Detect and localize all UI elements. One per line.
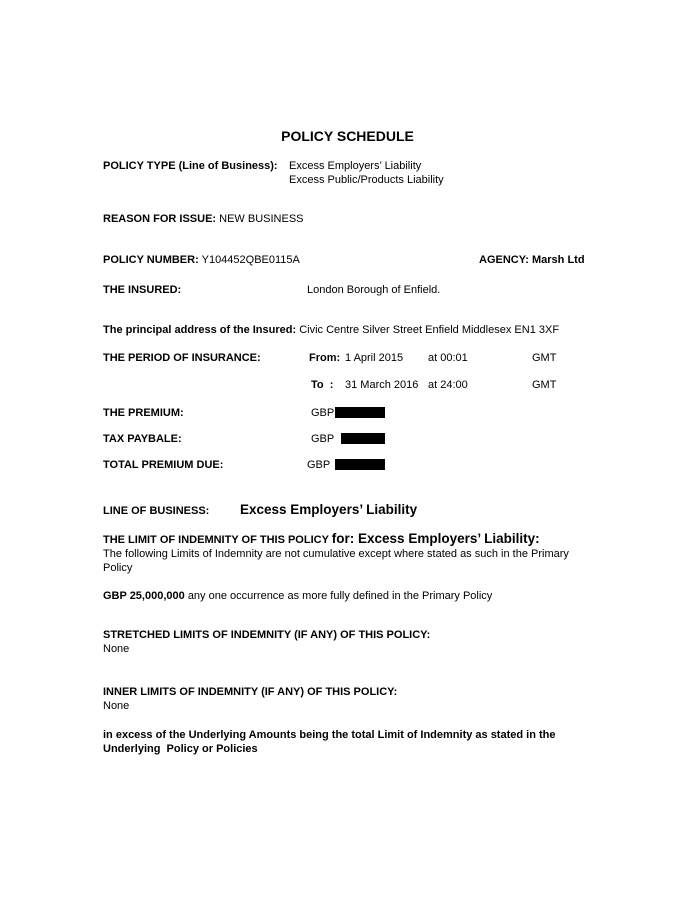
- period-from-time: at 00:01: [428, 352, 468, 364]
- tax-label: TAX PAYBALE:: [103, 433, 182, 445]
- tax-currency: GBP: [311, 433, 334, 445]
- tax-value: GBP: [311, 433, 385, 445]
- principal-address-value: Civic Centre Silver Street Enfield Middl…: [299, 324, 559, 336]
- agency: AGENCY: Marsh Ltd: [479, 254, 585, 266]
- period-label: THE PERIOD OF INSURANCE:: [103, 352, 261, 364]
- tax-redaction: [341, 433, 385, 444]
- total-redaction: [335, 459, 385, 470]
- period-to-label: To :: [311, 379, 333, 391]
- policy-type-label: POLICY TYPE (Line of Business):: [103, 160, 278, 172]
- reason-value: NEW BUSINESS: [219, 213, 303, 225]
- limit-amount-text: any one occurrence as more fully defined…: [188, 590, 492, 602]
- agency-label: AGENCY:: [479, 254, 529, 266]
- principal-address: The principal address of the Insured: Ci…: [103, 324, 559, 336]
- period-from-label: From:: [309, 352, 340, 364]
- insured-label: THE INSURED:: [103, 284, 181, 296]
- line-of-business-value: Excess Employers’ Liability: [240, 502, 417, 517]
- premium-label: THE PREMIUM:: [103, 407, 184, 419]
- limit-note: The following Limits of Indemnity are no…: [103, 547, 593, 575]
- limit-heading-part2: for: Excess Employers’ Liability:: [332, 531, 540, 546]
- period-to-date: 31 March 2016: [345, 379, 418, 391]
- limit-amount: GBP 25,000,000: [103, 590, 185, 602]
- stretched-heading: STRETCHED LIMITS OF INDEMNITY (IF ANY) O…: [103, 629, 430, 641]
- agency-value: Marsh Ltd: [532, 254, 585, 266]
- total-currency: GBP: [307, 459, 330, 471]
- period-to-time: at 24:00: [428, 379, 468, 391]
- limit-heading: THE LIMIT OF INDEMNITY OF THIS POLICY fo…: [103, 531, 540, 546]
- reason-label: REASON FOR ISSUE:: [103, 213, 216, 225]
- premium-value: GBP: [311, 407, 385, 419]
- limit-amount-line: GBP 25,000,000 any one occurrence as mor…: [103, 590, 492, 602]
- insured-value: London Borough of Enfield.: [307, 284, 440, 296]
- reason-for-issue: REASON FOR ISSUE: NEW BUSINESS: [103, 213, 304, 225]
- excess-statement: in excess of the Underlying Amounts bein…: [103, 728, 583, 756]
- period-from-date: 1 April 2015: [345, 352, 403, 364]
- inner-heading: INNER LIMITS OF INDEMNITY (IF ANY) OF TH…: [103, 686, 397, 698]
- policy-number-value: Y104452QBE0115A: [202, 254, 300, 266]
- policy-number-label: POLICY NUMBER:: [103, 254, 199, 266]
- document-title: POLICY SCHEDULE: [0, 128, 695, 144]
- premium-redaction: [335, 407, 385, 418]
- period-from-tz: GMT: [532, 352, 556, 364]
- inner-value: None: [103, 700, 129, 712]
- principal-address-label: The principal address of the Insured:: [103, 324, 296, 336]
- limit-heading-part1: THE LIMIT OF INDEMNITY OF THIS POLICY: [103, 534, 329, 546]
- policy-type-value-2: Excess Public/Products Liability: [289, 174, 444, 186]
- premium-currency: GBP: [311, 407, 334, 419]
- total-label: TOTAL PREMIUM DUE:: [103, 459, 223, 471]
- line-of-business-label: LINE OF BUSINESS:: [103, 505, 209, 517]
- policy-number: POLICY NUMBER: Y104452QBE0115A: [103, 254, 300, 266]
- period-to-tz: GMT: [532, 379, 556, 391]
- stretched-value: None: [103, 643, 129, 655]
- policy-type-value-1: Excess Employers’ Liability: [289, 160, 421, 172]
- total-value: GBP: [307, 459, 385, 471]
